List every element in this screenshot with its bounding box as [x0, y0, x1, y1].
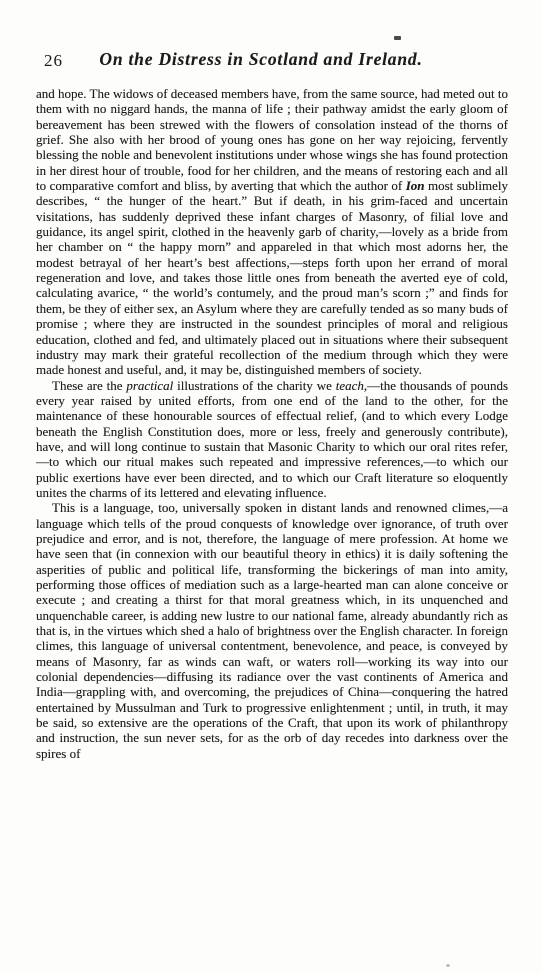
text-run: most sublimely describes, “ the hunger o…	[36, 178, 508, 377]
paragraph: This is a language, too, universally spo…	[36, 500, 508, 761]
page-body: and hope. The widows of deceased members…	[36, 86, 508, 761]
italic-text-run: practical	[126, 378, 173, 393]
text-run: These are the	[52, 378, 126, 393]
italic-text-run: Ion	[406, 178, 425, 193]
text-run: This is a language, too, universally spo…	[36, 500, 508, 761]
scan-speck-icon	[446, 964, 450, 967]
paragraph: and hope. The widows of deceased members…	[36, 86, 508, 378]
italic-text-run: teach,	[336, 378, 367, 393]
running-title: On the Distress in Scotland and Ireland.	[99, 49, 422, 70]
text-run: illustrations of the charity we	[173, 378, 335, 393]
book-page: 26 On the Distress in Scotland and Irela…	[0, 0, 542, 973]
paragraph: These are the practical illustrations of…	[36, 378, 508, 501]
page-number: 26	[44, 51, 63, 71]
text-run: and hope. The widows of deceased members…	[36, 86, 508, 193]
page-header: 26 On the Distress in Scotland and Irela…	[0, 49, 542, 75]
scan-speck-icon	[394, 36, 401, 40]
text-run: —the thousands of pounds every year rais…	[36, 378, 508, 500]
